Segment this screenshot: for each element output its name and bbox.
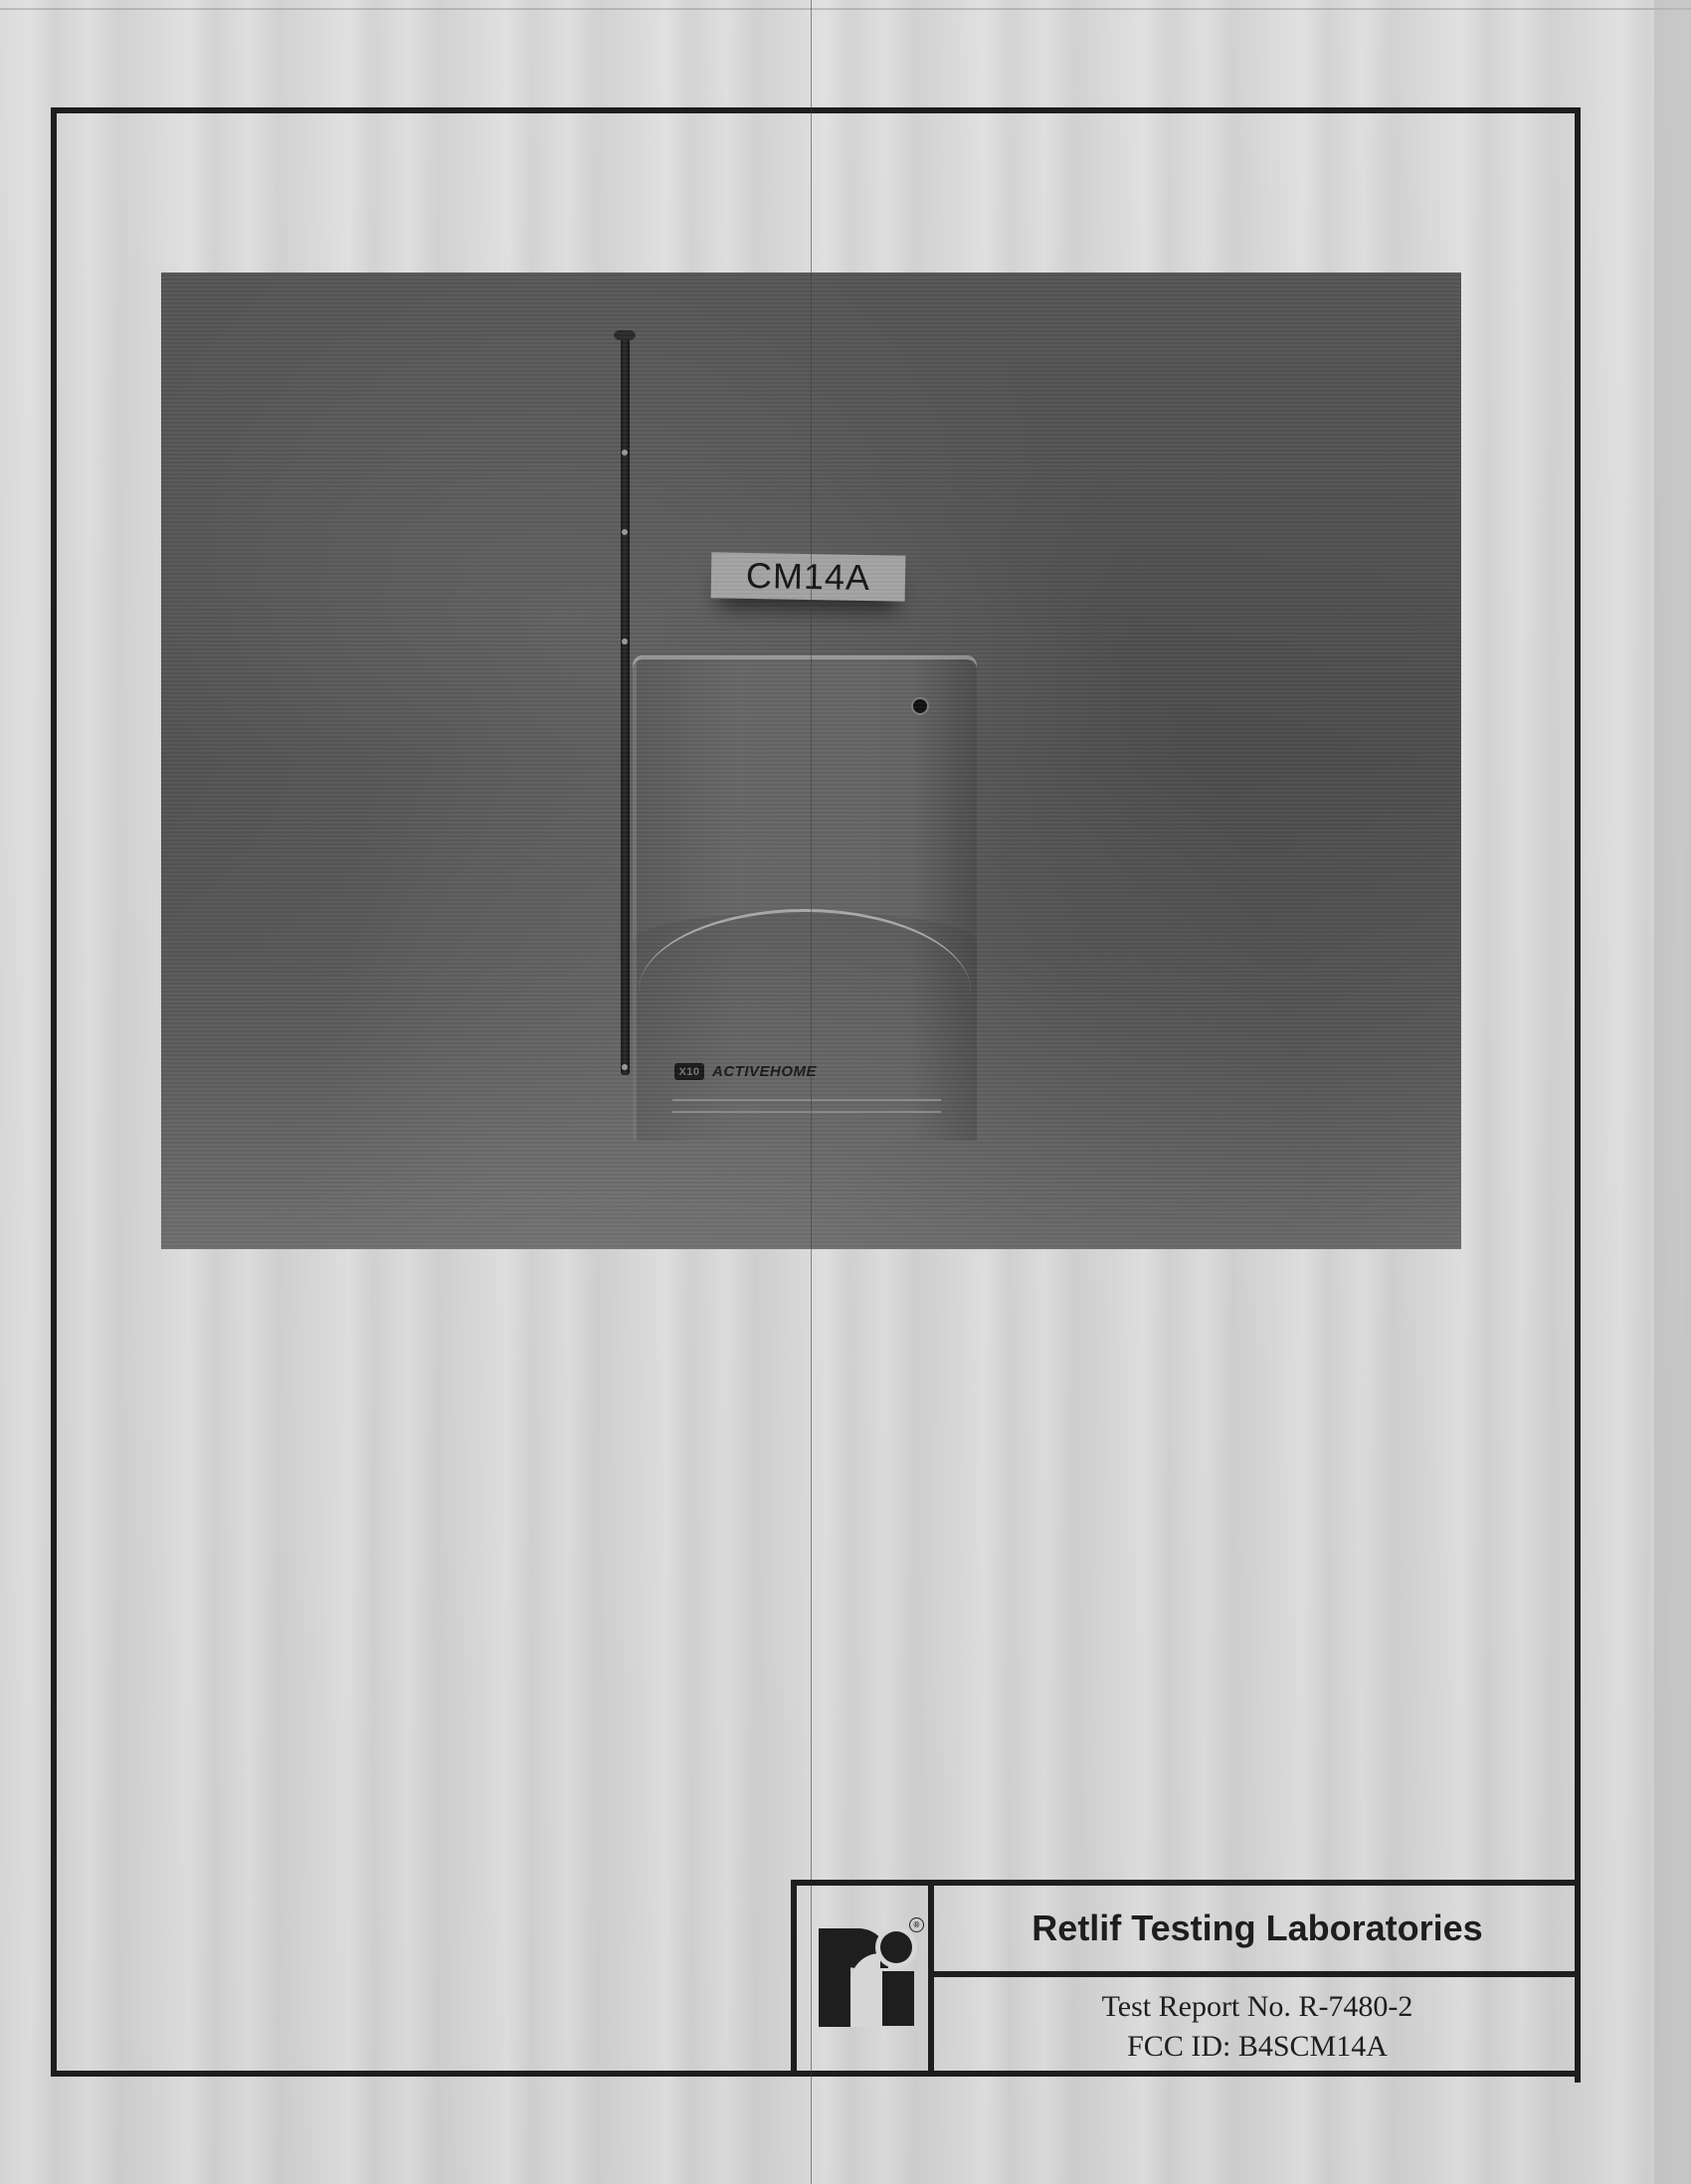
brand-text: ACTIVEHOME (712, 1063, 817, 1080)
device-stripe (672, 1099, 941, 1101)
report-info: Test Report No. R-7480-2 FCC ID: B4SCM14… (934, 1977, 1581, 2077)
led-indicator-icon (913, 699, 927, 713)
antenna-joint (622, 638, 628, 644)
device-stripe (672, 1111, 941, 1113)
antenna (621, 334, 630, 1075)
antenna-tip (614, 328, 636, 340)
fcc-id: FCC ID: B4SCM14A (1127, 2027, 1388, 2067)
antenna-joint (622, 529, 628, 535)
x10-logo-icon: X10 (674, 1063, 704, 1080)
company-logo: ® (797, 1886, 934, 2077)
model-label-tag: CM14A (711, 552, 906, 601)
logo-i-dot-icon (880, 1931, 912, 1963)
scan-edge-right (1654, 0, 1691, 2184)
transceiver-device: X10 ACTIVEHOME (633, 655, 977, 1141)
scan-fold-line (811, 0, 812, 2184)
logo-i-stem-icon (882, 1971, 914, 2026)
device-lower-panel (633, 912, 977, 1141)
antenna-joint (622, 1064, 628, 1070)
antenna-joint (622, 450, 628, 455)
company-name: Retlif Testing Laboratories (934, 1886, 1581, 1977)
title-block-right-border (1575, 1886, 1581, 2083)
device-brand: X10 ACTIVEHOME (674, 1063, 817, 1080)
title-block: ® Retlif Testing Laboratories Test Repor… (791, 1880, 1581, 2077)
device-panel-curve (639, 909, 971, 992)
report-number: Test Report No. R-7480-2 (1102, 1987, 1413, 2027)
scan-edge-top (0, 8, 1691, 10)
registered-mark-icon: ® (909, 1917, 924, 1932)
